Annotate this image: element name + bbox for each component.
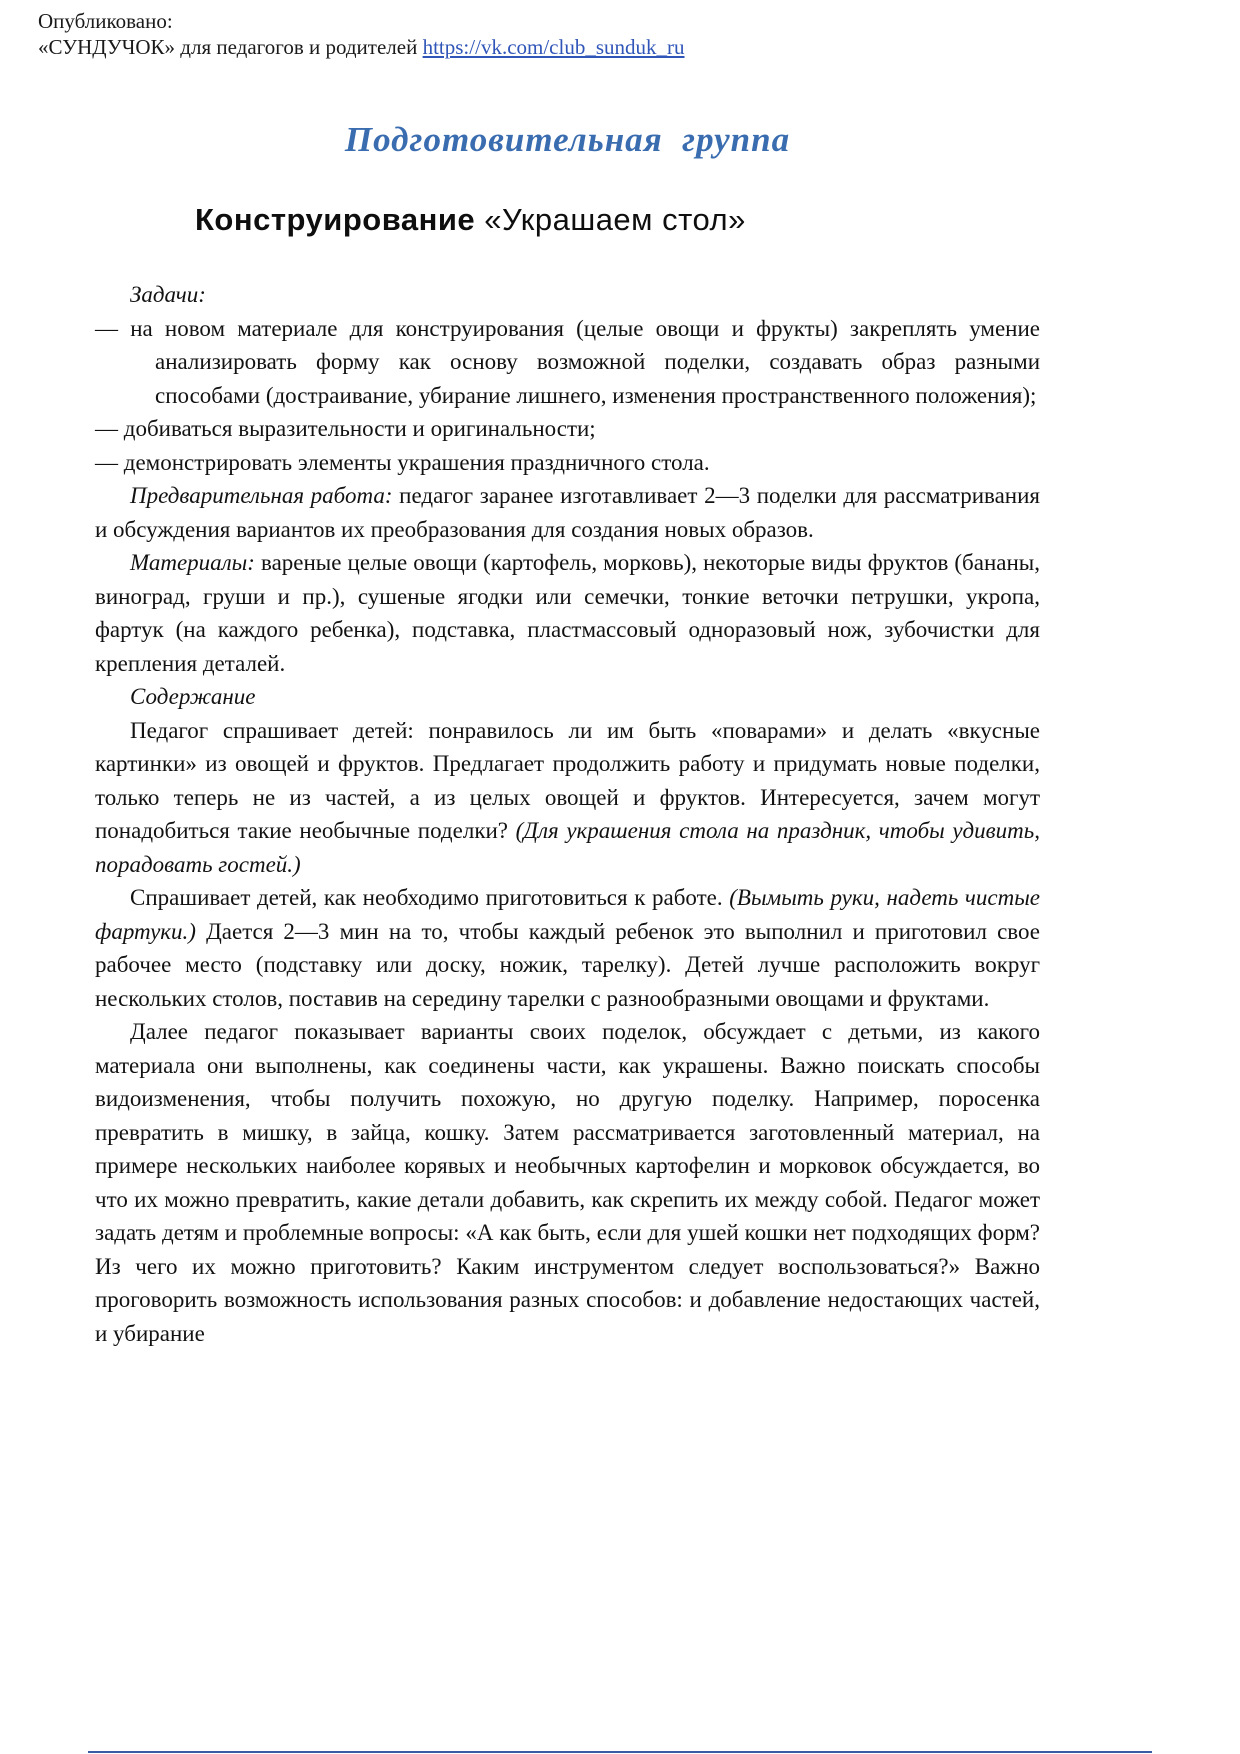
prep-work-paragraph: Предварительная работа: педагог заранее … [95,479,1040,546]
group-title: Подготовительная группа [95,120,1040,160]
lesson-name-label: «Украшаем стол» [475,202,746,237]
content-heading: Содержание [95,680,1040,714]
source-line: «СУНДУЧОК» для педагогов и родителей htt… [38,34,1240,60]
bottom-rule [88,1751,1152,1753]
source-prefix: «СУНДУЧОК» для педагогов и родителей [38,35,423,59]
vk-club-link[interactable]: https://vk.com/club_sunduk_ru [423,35,685,59]
document-page: Опубликовано: «СУНДУЧОК» для педагогов и… [0,0,1240,1754]
content-paragraph-2: Спрашивает детей, как необходимо пригото… [95,881,1040,1015]
tasks-heading: Задачи: [95,278,1040,312]
prep-work-label: Предварительная работа: [130,483,393,508]
materials-label: Материалы: [130,550,255,575]
task-item: — добиваться выразительности и оригиналь… [95,412,1040,446]
paragraph-2-end: Дается 2—3 мин на то, чтобы каждый ребен… [95,919,1040,1011]
lesson-text: Задачи: — на новом материале для констру… [95,278,1040,1350]
paragraph-2-start: Спрашивает детей, как необходимо пригото… [130,885,729,910]
materials-paragraph: Материалы: вареные целые овощи (картофел… [95,546,1040,680]
task-item: — демонстрировать элементы украшения пра… [95,446,1040,480]
lesson-title: Конструирование «Украшаем стол» [195,202,1240,238]
task-item: — на новом материале для конструирования… [95,312,1040,413]
content-paragraph-1: Педагог спрашивает детей: понравилось ли… [95,714,1040,882]
content-paragraph-3: Далее педагог показывает варианты своих … [95,1015,1040,1350]
publication-header: Опубликовано: «СУНДУЧОК» для педагогов и… [0,0,1240,60]
lesson-type-label: Конструирование [195,202,475,237]
published-label: Опубликовано: [38,8,1240,34]
